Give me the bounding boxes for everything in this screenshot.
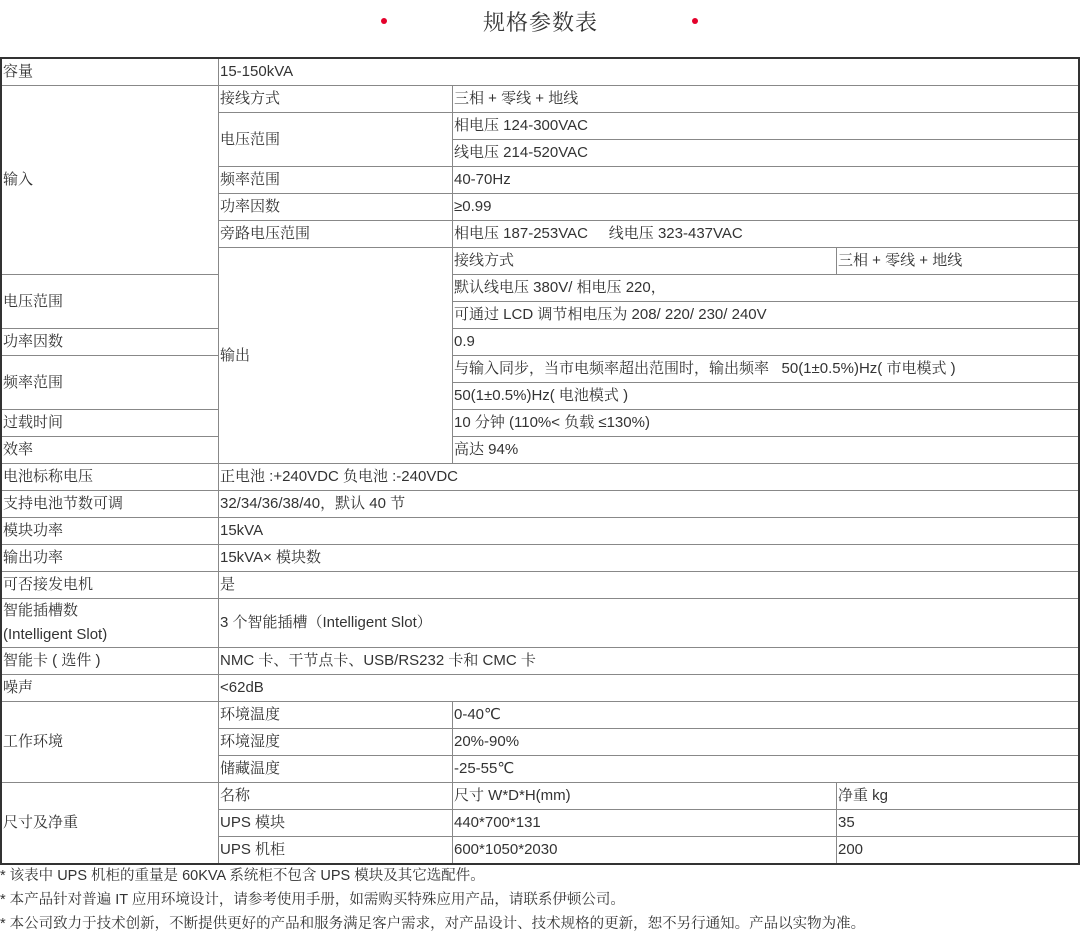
footnote: * 该表中 UPS 机柜的重量是 60KVA 系统柜不包含 UPS 模块及其它选… [0,864,865,888]
row-value: ≥0.99 [453,194,1080,221]
row-label: 支持电池节数可调 [1,491,219,518]
page-title: 规格参数表 [0,6,1081,37]
row-value: 相电压 124-300VAC [453,113,1080,140]
row-value: 3 个智能插槽（Intelligent Slot） [219,599,1080,648]
group-label-output: 输出 [219,248,453,464]
table-row: 功率因数 0.9 [1,329,1079,356]
row-label: 效率 [1,437,219,464]
table-row: 输出功率 15kVA× 模块数 [1,545,1079,572]
row-label: 功率因数 [1,329,219,356]
group-label-dimensions: 尺寸及净重 [1,783,219,865]
table-row: 频率范围 与输入同步，当市电频率超出范围时，输出频率 50(1±0.5%)Hz(… [1,356,1079,383]
row-label: 功率因数 [219,194,453,221]
row-value: 线电压 214-520VAC [453,140,1080,167]
table-row: 过载时间 10 分钟 (110%< 负载 ≤130%) [1,410,1079,437]
row-value: 15kVA× 模块数 [219,545,1080,572]
table-row: 输入 接线方式 三相 + 零线 + 地线 [1,86,1079,113]
row-value: 相电压 187-253VAC 线电压 323-437VAC [453,221,1080,248]
row-label: 可否接发电机 [1,572,219,599]
row-label-line: 智能插槽数 [3,599,218,623]
table-row: 效率 高达 94% [1,437,1079,464]
row-value: 是 [219,572,1080,599]
row-value: 默认线电压 380V/ 相电压 220， [453,275,1080,302]
row-value: 0.9 [453,329,1080,356]
row-label: 容量 [1,58,219,86]
row-value: 15kVA [219,518,1080,545]
column-header: 尺寸 W*D*H(mm) [453,783,837,810]
table-row: 噪声 <62dB [1,675,1079,702]
row-label: 输出功率 [1,545,219,572]
row-value: 与输入同步，当市电频率超出范围时，输出频率 50(1±0.5%)Hz( 市电模式… [453,356,1080,383]
red-dot-right-icon [692,18,698,24]
row-value: NMC 卡、干节点卡、USB/RS232 卡和 CMC 卡 [219,648,1080,675]
spec-table: 容量 15-150kVA 输入 接线方式 三相 + 零线 + 地线 电压范围 相… [0,57,1080,865]
row-label: 电压范围 [1,275,219,329]
table-row: 容量 15-150kVA [1,58,1079,86]
row-value: 32/34/36/38/40，默认 40 节 [219,491,1080,518]
row-value: 40-70Hz [453,167,1080,194]
table-row: 智能卡 ( 选件 ) NMC 卡、干节点卡、USB/RS232 卡和 CMC 卡 [1,648,1079,675]
row-label: 电压范围 [219,113,453,167]
row-label: 噪声 [1,675,219,702]
row-value: 正电池 :+240VDC 负电池 :-240VDC [219,464,1080,491]
row-label: 旁路电压范围 [219,221,453,248]
table-row: 工作环境 环境温度 0-40℃ [1,702,1079,729]
row-value: 三相 + 零线 + 地线 [453,86,1080,113]
row-value: 可通过 LCD 调节相电压为 208/ 220/ 230/ 240V [453,302,1080,329]
cell: 440*700*131 [453,810,837,837]
cell: 200 [837,837,1080,865]
row-label: 环境温度 [219,702,453,729]
footnote: * 本产品针对普遍 IT 应用环境设计，请参考使用手册，如需购买特殊应用产品，请… [0,888,865,912]
row-label-line: (Intelligent Slot) [3,623,218,647]
row-label: 电池标称电压 [1,464,219,491]
table-row: 电池标称电压 正电池 :+240VDC 负电池 :-240VDC [1,464,1079,491]
row-value: -25-55℃ [453,756,1080,783]
group-label-environment: 工作环境 [1,702,219,783]
column-header: 净重 kg [837,783,1080,810]
table-row: 模块功率 15kVA [1,518,1079,545]
column-header: 名称 [219,783,453,810]
table-row: 支持电池节数可调 32/34/36/38/40，默认 40 节 [1,491,1079,518]
footnotes: * 该表中 UPS 机柜的重量是 60KVA 系统柜不包含 UPS 模块及其它选… [0,864,865,936]
cell: UPS 模块 [219,810,453,837]
cell: 35 [837,810,1080,837]
row-label: 频率范围 [1,356,219,410]
group-label-input: 输入 [1,86,219,275]
row-value: 20%-90% [453,729,1080,756]
cell: 600*1050*2030 [453,837,837,865]
row-value: 15-150kVA [219,58,1080,86]
row-value: 10 分钟 (110%< 负载 ≤130%) [453,410,1080,437]
row-label: 储藏温度 [219,756,453,783]
table-row: 可否接发电机 是 [1,572,1079,599]
table-row: 电压范围 默认线电压 380V/ 相电压 220， [1,275,1079,302]
cell: UPS 机柜 [219,837,453,865]
row-label: 智能卡 ( 选件 ) [1,648,219,675]
row-label: 智能插槽数(Intelligent Slot) [1,599,219,648]
row-label: 接线方式 [453,248,837,275]
row-value: <62dB [219,675,1080,702]
row-value: 高达 94% [453,437,1080,464]
footnote: * 本公司致力于技术创新，不断提供更好的产品和服务满足客户需求，对产品设计、技术… [0,912,865,936]
row-value: 三相 + 零线 + 地线 [837,248,1080,275]
row-label: 模块功率 [1,518,219,545]
row-label: 频率范围 [219,167,453,194]
row-value: 50(1±0.5%)Hz( 电池模式 ) [453,383,1080,410]
title-bar: 规格参数表 [0,0,1081,44]
table-row: 智能插槽数(Intelligent Slot) 3 个智能插槽（Intellig… [1,599,1079,648]
row-label: 过载时间 [1,410,219,437]
row-label: 接线方式 [219,86,453,113]
table-row: 尺寸及净重 名称 尺寸 W*D*H(mm) 净重 kg [1,783,1079,810]
row-label: 环境湿度 [219,729,453,756]
row-value: 0-40℃ [453,702,1080,729]
